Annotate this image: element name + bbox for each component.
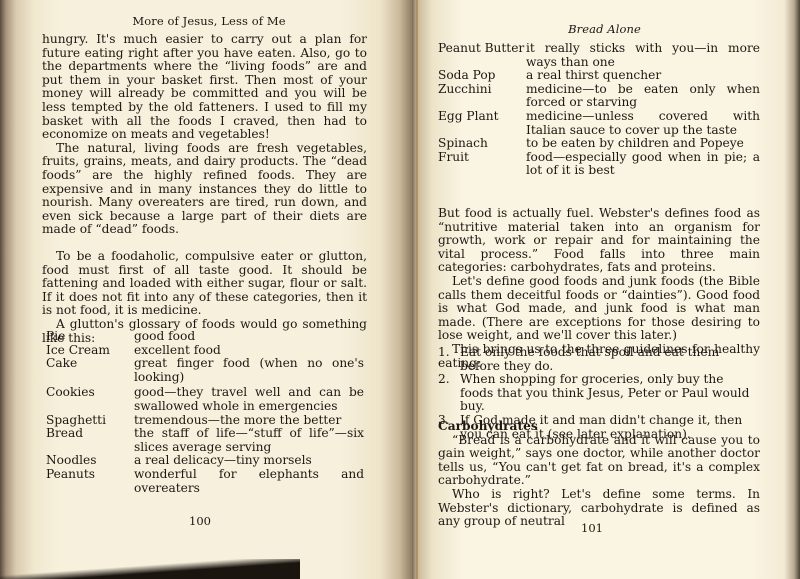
glossary-definition: food—especially good when in pie; a lot … (526, 151, 760, 178)
glossary-term: Spaghetti (46, 414, 134, 428)
guideline-text: Eat only the foods that spoil and eat th… (460, 346, 760, 373)
right-page: Bread Alone Peanut Butter it really stic… (412, 0, 800, 579)
glossary-definition: a real thirst quencher (526, 69, 760, 83)
glossary-definition: great finger food (when no one's looking… (134, 357, 364, 384)
glossary-entry: Noodles a real delicacy—tiny morsels (46, 454, 364, 468)
glossary-entry: Spinach to be eaten by children and Pope… (438, 137, 760, 151)
glossary-term: Peanut Butter (438, 42, 526, 69)
glossary-entry: Ice Cream excellent food (46, 344, 364, 358)
glossary-entry: Spaghetti tremendous—the more the better (46, 414, 364, 428)
glossary-definition: medicine—to be eaten only when forced or… (526, 83, 760, 110)
left-page: More of Jesus, Less of Me hungry. It's m… (0, 0, 412, 579)
glossary-entry: Cookies good—they travel well and can be… (46, 386, 364, 413)
paragraph: hungry. It's much easier to carry out a … (42, 33, 367, 142)
paragraph: “Bread is a carbohydrate and it will cau… (438, 434, 760, 488)
glossary-entry: Zucchini medicine—to be eaten only when … (438, 83, 760, 110)
paragraph: To be a foodaholic, compulsive eater or … (42, 250, 367, 318)
guideline-item: 1. Eat only the foods that spoil and eat… (438, 346, 760, 373)
glossary-entry: Pie good food (46, 330, 364, 344)
glossary-term: Fruit (438, 151, 526, 178)
glossary-term: Bread (46, 427, 134, 454)
guideline-number: 2. (438, 373, 460, 414)
glossary-definition: wonderful for elephants and overeaters (134, 468, 364, 495)
glossary-definition: a real delicacy—tiny morsels (134, 454, 364, 468)
glossary-term: Egg Plant (438, 110, 526, 137)
glossary-definition: tremendous—the more the better (134, 414, 364, 428)
right-body-bottom: Carbohydrates “Bread is a carbohydrate a… (438, 420, 760, 529)
paragraph: But food is actually fuel. Webster's def… (438, 207, 760, 275)
book-spread: More of Jesus, Less of Me hungry. It's m… (0, 0, 800, 579)
running-head-left: More of Jesus, Less of Me (44, 14, 374, 28)
glossary-term: Pie (46, 330, 134, 344)
glossary-term: Noodles (46, 454, 134, 468)
glossary-definition: excellent food (134, 344, 364, 358)
glossary-definition: to be eaten by children and Popeye (526, 137, 760, 151)
glossary-entry: Peanuts wonderful for elephants and over… (46, 468, 364, 495)
glossary-entry: Soda Pop a real thirst quencher (438, 69, 760, 83)
glossary-definition: it really sticks with you—in more ways t… (526, 42, 760, 69)
glossary-entry: Egg Plant medicine—unless covered with I… (438, 110, 760, 137)
paragraph: The natural, living foods are fresh vege… (42, 142, 367, 237)
paragraph: Let's define good foods and junk foods (… (438, 275, 760, 343)
running-head-right: Bread Alone (442, 22, 767, 36)
glossary-definition: the staff of life—“stuff of life”—six sl… (134, 427, 364, 454)
page-number-left: 100 (150, 514, 250, 528)
guideline-item: 2. When shopping for groceries, only buy… (438, 373, 760, 414)
glossary-entry: Fruit food—especially good when in pie; … (438, 151, 760, 178)
glossary-term: Peanuts (46, 468, 134, 495)
glossary-term: Cookies (46, 386, 134, 413)
glossary-term: Spinach (438, 137, 526, 151)
guideline-text: When shopping for groceries, only buy th… (460, 373, 760, 414)
guideline-number: 1. (438, 346, 460, 373)
glossary-entry: Cake great finger food (when no one's lo… (46, 357, 364, 384)
left-body-top: hungry. It's much easier to carry out a … (42, 33, 367, 237)
glossary-term: Cake (46, 357, 134, 384)
glossary-term: Zucchini (438, 83, 526, 110)
glossary-list-left: Pie good food Ice Cream excellent food C… (46, 330, 364, 495)
glossary-list-right: Peanut Butter it really sticks with you—… (438, 42, 760, 178)
glossary-term: Ice Cream (46, 344, 134, 358)
glossary-entry: Peanut Butter it really sticks with you—… (438, 42, 760, 69)
glossary-term: Soda Pop (438, 69, 526, 83)
book-spine-gutter (416, 0, 418, 579)
glossary-definition: good—they travel well and can be swallow… (134, 386, 364, 413)
page-number-right: 101 (542, 521, 642, 535)
glossary-definition: good food (134, 330, 364, 344)
glossary-definition: medicine—unless covered with Italian sau… (526, 110, 760, 137)
glossary-entry: Bread the staff of life—“stuff of life”—… (46, 427, 364, 454)
section-heading: Carbohydrates (438, 420, 760, 434)
